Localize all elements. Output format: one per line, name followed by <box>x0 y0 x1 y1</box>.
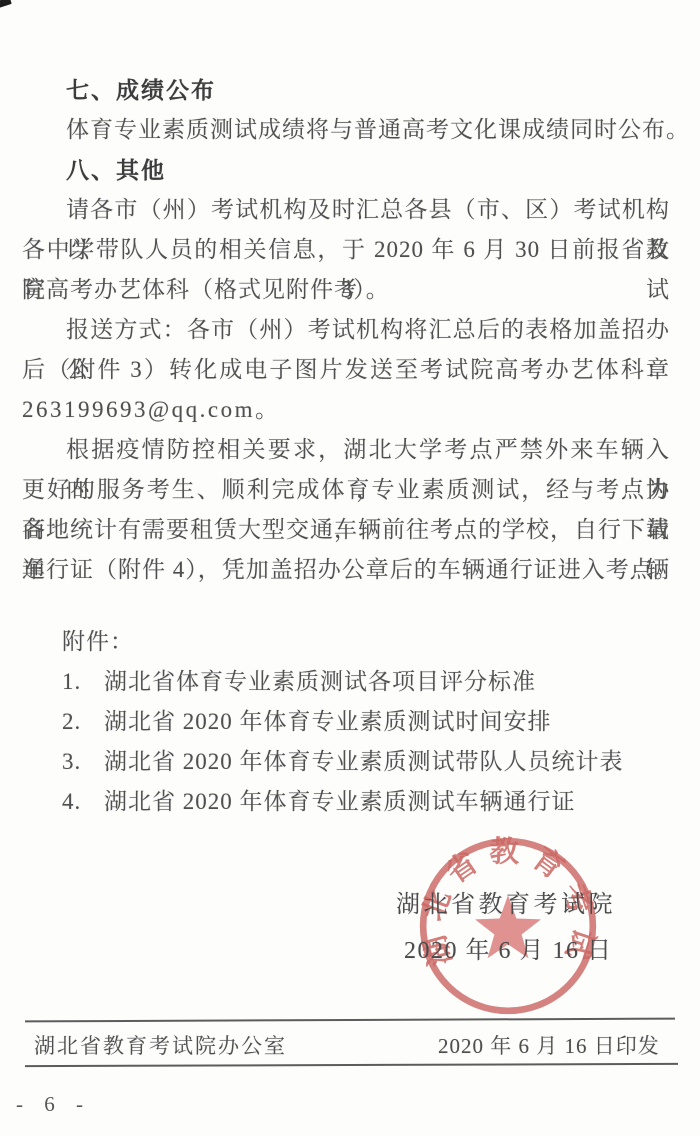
body-line: 后（附件 3）转化成电子图片发送至考试院高考办艺体科： <box>22 350 670 390</box>
scan-layer: 七、成绩公布 体育专业素质测试成绩将与普通高考文化课成绩同时公布。 八、其他 请… <box>0 0 700 1136</box>
attachment-item: 4.湖北省 2020 年体育专业素质测试车辆通行证 <box>22 782 670 822</box>
body-line: 请各市（州）考试机构及时汇总各县（市、区）考试机构以及 <box>22 190 670 230</box>
attachment-item: 2.湖北省 2020 年体育专业素质测试时间安排 <box>22 702 670 742</box>
page-number: - 6 - <box>16 1092 91 1117</box>
attachment-title: 湖北省 2020 年体育专业素质测试带队人员统计表 <box>104 749 624 774</box>
attachment-number: 3. <box>62 742 104 782</box>
body-line: 报送方式：各市（州）考试机构将汇总后的表格加盖招办公章 <box>22 310 670 350</box>
document-body: 七、成绩公布 体育专业素质测试成绩将与普通高考文化课成绩同时公布。 八、其他 请… <box>22 70 670 822</box>
attachment-item: 3.湖北省 2020 年体育专业素质测试带队人员统计表 <box>22 742 670 782</box>
attachments-label: 附件： <box>22 622 670 662</box>
footer-rule-top <box>25 1018 675 1023</box>
scanned-document-page: 七、成绩公布 体育专业素质测试成绩将与普通高考文化课成绩同时公布。 八、其他 请… <box>0 0 700 1136</box>
attachment-number: 4. <box>62 782 104 822</box>
attachment-title: 湖北省 2020 年体育专业素质测试时间安排 <box>104 709 552 734</box>
official-seal: 湖北省教育考试院 <box>416 834 600 1018</box>
section-heading-8: 八、其他 <box>22 150 670 190</box>
scan-smudge <box>0 0 12 8</box>
footer-print-date: 2020 年 6 月 16 日印发 <box>438 1030 660 1060</box>
body-line: 通行证（附件 4），凭加盖招办公章后的车辆通行证进入考点。 <box>22 550 670 590</box>
attachments-list: 附件： 1.湖北省体育专业素质测试各项目评分标准 2.湖北省 2020 年体育专… <box>22 622 670 822</box>
body-line: 更好的服务考生、顺利完成体育专业素质测试，经与考点协商，请 <box>22 470 670 510</box>
body-line: 各中学带队人员的相关信息，于 2020 年 6 月 30 日前报省教育考试 <box>22 230 670 270</box>
signature-date: 2020 年 6 月 16 日 <box>404 930 613 965</box>
body-line: 各地统计有需要租赁大型交通车辆前往考点的学校，自行下载车辆 <box>22 510 670 550</box>
attachment-number: 1. <box>62 662 104 702</box>
attachment-number: 2. <box>62 702 104 742</box>
section-heading-7: 七、成绩公布 <box>22 70 670 110</box>
signature-org: 湖北省教育考试院 <box>396 884 616 919</box>
attachment-item: 1.湖北省体育专业素质测试各项目评分标准 <box>22 662 670 702</box>
footer-office-name: 湖北省教育考试院办公室 <box>34 1030 287 1060</box>
footer-rule-bottom <box>25 1063 678 1067</box>
body-line: 体育专业素质测试成绩将与普通高考文化课成绩同时公布。 <box>22 110 670 150</box>
body-line: 根据疫情防控相关要求，湖北大学考点严禁外来车辆入内，为 <box>22 430 670 470</box>
attachment-title: 湖北省体育专业素质测试各项目评分标准 <box>104 669 536 694</box>
email-line: 263199693@qq.com。 <box>22 390 670 430</box>
attachment-title: 湖北省 2020 年体育专业素质测试车辆通行证 <box>104 789 576 814</box>
